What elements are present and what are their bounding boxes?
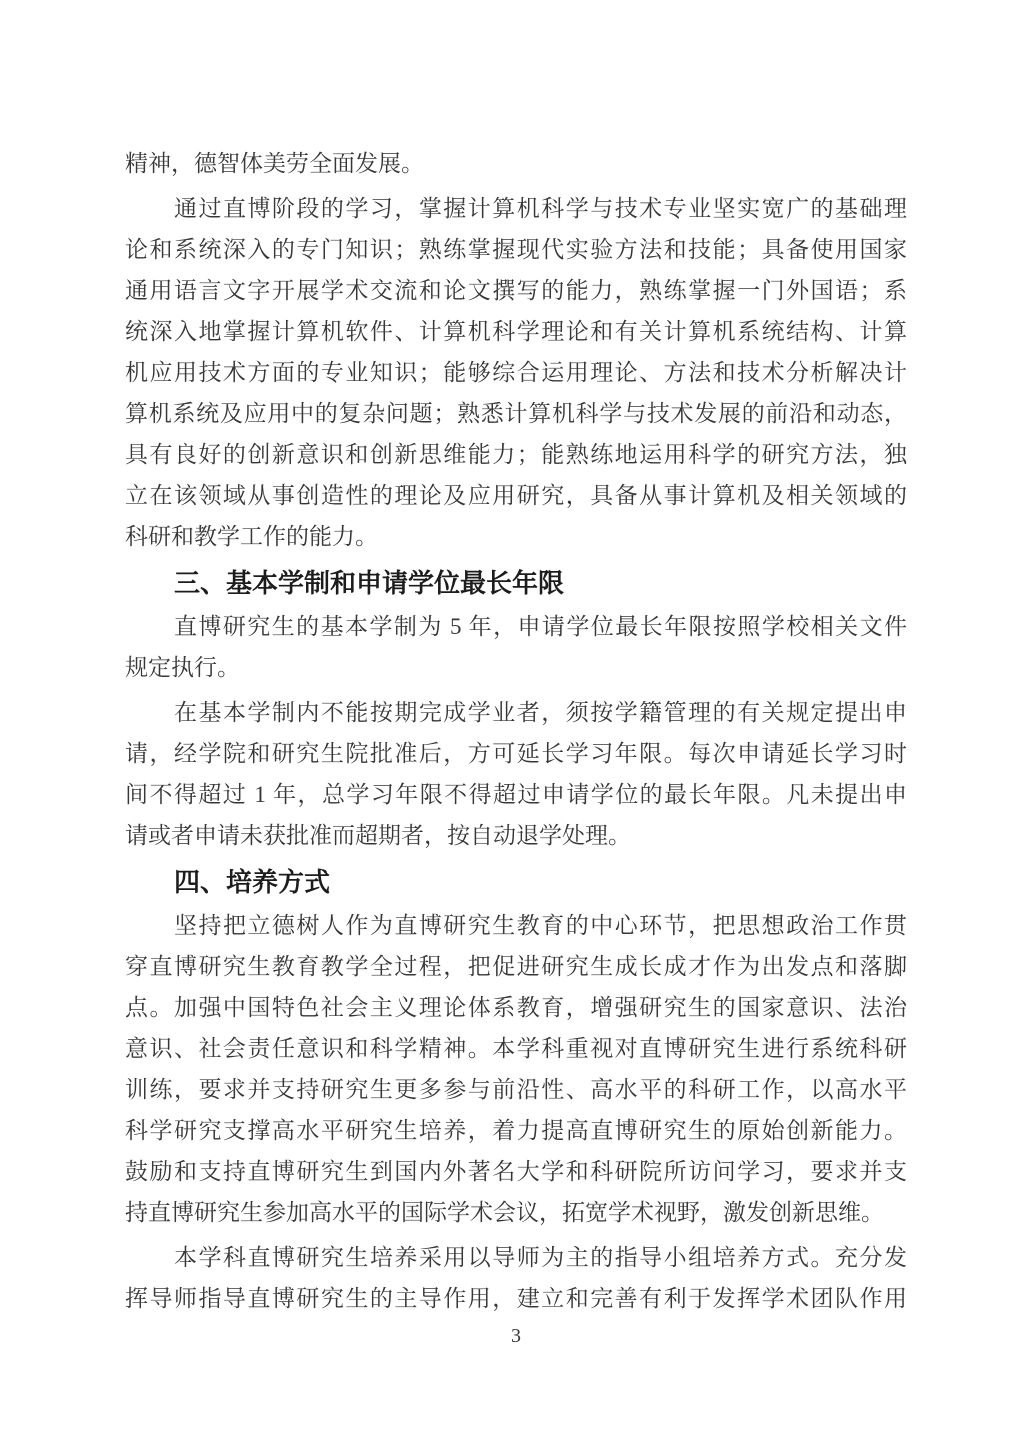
text-line: 规定执行。 — [125, 647, 907, 688]
text-line: 统深入地掌握计算机软件、计算机科学理论和有关计算机系统结构、计算 — [125, 311, 907, 352]
text-line: 精神，德智体美劳全面发展。 — [125, 143, 907, 184]
text-line: 直博研究生的基本学制为 5 年，申请学位最长年限按照学校相关文件 — [125, 606, 907, 647]
text-line: 科研和教学工作的能力。 — [125, 516, 907, 557]
section-heading: 三、基本学制和申请学位最长年限 — [125, 563, 907, 604]
paragraph: 本学科直博研究生培养采用以导师为主的指导小组培养方式。充分发挥导师指导直博研究生… — [125, 1237, 907, 1319]
text-line: 通用语言文字开展学术交流和论文撰写的能力，熟练掌握一门外国语；系 — [125, 270, 907, 311]
text-line: 具有良好的创新意识和创新思维能力；能熟练地运用科学的研究方法，独 — [125, 434, 907, 475]
text-line: 算机系统及应用中的复杂问题；熟悉计算机科学与技术发展的前沿和动态， — [125, 393, 907, 434]
text-line: 意识、社会责任意识和科学精神。本学科重视对直博研究生进行系统科研 — [125, 1028, 907, 1069]
text-line: 训练，要求并支持研究生更多参与前沿性、高水平的科研工作，以高水平 — [125, 1069, 907, 1110]
text-line: 论和系统深入的专门知识；熟练掌握现代实验方法和技能；具备使用国家 — [125, 229, 907, 270]
paragraph: 坚持把立德树人作为直博研究生教育的中心环节，把思想政治工作贯穿直博研究生教育教学… — [125, 905, 907, 1233]
text-line: 请，经学院和研究生院批准后，方可延长学习年限。每次申请延长学习时 — [125, 733, 907, 774]
page-footer: 3 — [125, 1324, 907, 1348]
text-line: 穿直博研究生教育教学全过程，把促进研究生成长成才作为出发点和落脚 — [125, 946, 907, 987]
text-line: 持直博研究生参加高水平的国际学术会议，拓宽学术视野，激发创新思维。 — [125, 1192, 907, 1233]
text-line: 间不得超过 1 年，总学习年限不得超过申请学位的最长年限。凡未提出申 — [125, 774, 907, 815]
document-page: 精神，德智体美劳全面发展。通过直博阶段的学习，掌握计算机科学与技术专业坚实宽广的… — [0, 0, 1024, 1448]
text-line: 在基本学制内不能按期完成学业者，须按学籍管理的有关规定提出申 — [125, 692, 907, 733]
text-line: 挥导师指导直博研究生的主导作用，建立和完善有利于发挥学术团队作用 — [125, 1278, 907, 1319]
paragraph: 通过直博阶段的学习，掌握计算机科学与技术专业坚实宽广的基础理论和系统深入的专门知… — [125, 188, 907, 557]
text-line: 本学科直博研究生培养采用以导师为主的指导小组培养方式。充分发 — [125, 1237, 907, 1278]
section-heading: 四、培养方式 — [125, 862, 907, 903]
paragraph: 直博研究生的基本学制为 5 年，申请学位最长年限按照学校相关文件规定执行。 — [125, 606, 907, 688]
text-line: 请或者申请未获批准而超期者，按自动退学处理。 — [125, 815, 907, 856]
paragraph: 精神，德智体美劳全面发展。 — [125, 143, 907, 184]
text-line: 鼓励和支持直博研究生到国内外著名大学和科研院所访问学习，要求并支 — [125, 1151, 907, 1192]
paragraph: 在基本学制内不能按期完成学业者，须按学籍管理的有关规定提出申请，经学院和研究生院… — [125, 692, 907, 856]
text-line: 通过直博阶段的学习，掌握计算机科学与技术专业坚实宽广的基础理 — [125, 188, 907, 229]
text-line: 点。加强中国特色社会主义理论体系教育，增强研究生的国家意识、法治 — [125, 987, 907, 1028]
text-line: 机应用技术方面的专业知识；能够综合运用理论、方法和技术分析解决计 — [125, 352, 907, 393]
text-line: 科学研究支撑高水平研究生培养，着力提高直博研究生的原始创新能力。 — [125, 1110, 907, 1151]
document-content: 精神，德智体美劳全面发展。通过直博阶段的学习，掌握计算机科学与技术专业坚实宽广的… — [125, 143, 907, 1323]
text-line: 坚持把立德树人作为直博研究生教育的中心环节，把思想政治工作贯 — [125, 905, 907, 946]
text-line: 立在该领域从事创造性的理论及应用研究，具备从事计算机及相关领域的 — [125, 475, 907, 516]
page-number: 3 — [511, 1325, 521, 1347]
